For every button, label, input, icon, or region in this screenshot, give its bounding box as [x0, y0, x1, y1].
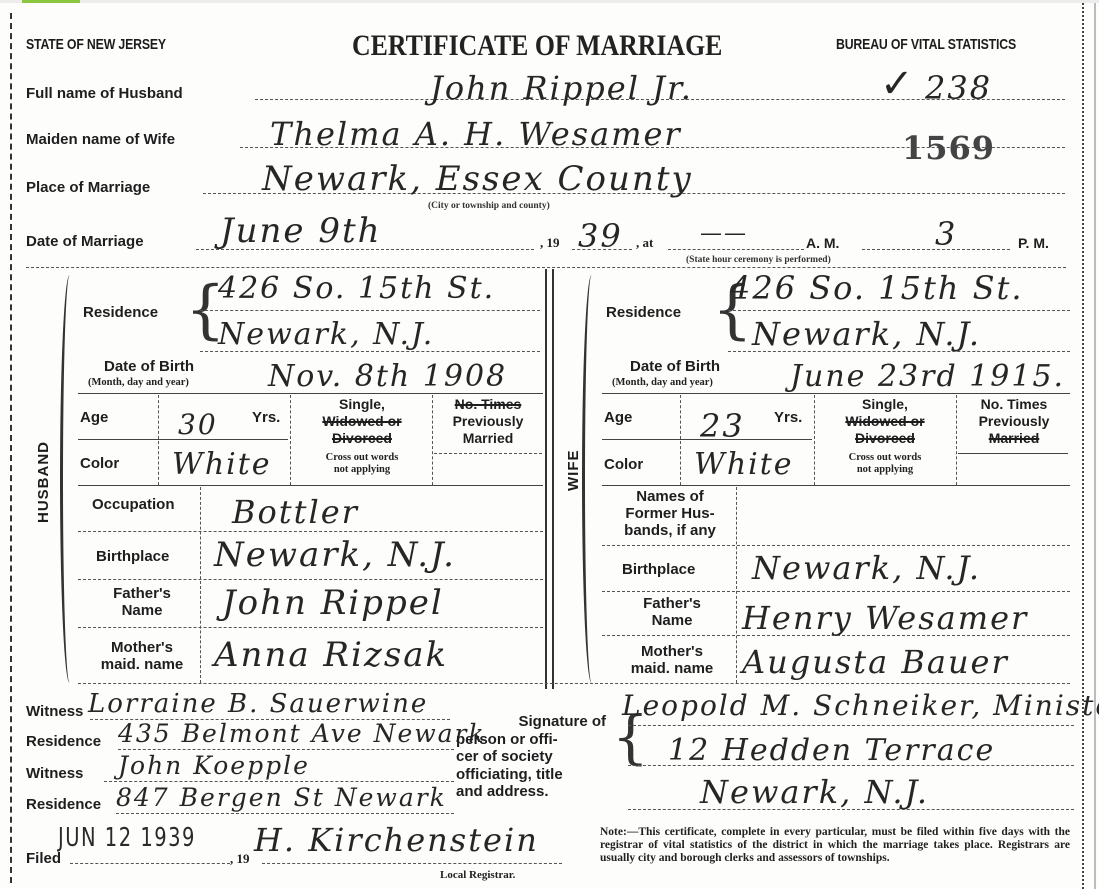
husband-birthplace-value: Newark, N.J. [214, 535, 456, 575]
wife-name-value: Thelma A. H. Wesamer [270, 115, 682, 153]
cross-out-hint-line1: Cross out words [816, 452, 954, 464]
father-label-line1: Father's [610, 595, 734, 612]
filing-note: Note:—This certificate, complete in ever… [600, 826, 1070, 865]
wife-dob-value: June 23rd 1915. [790, 359, 1065, 394]
wife-mother-value: Augusta Bauer [742, 643, 1009, 681]
wife-cross-out-hint: Cross out words not applying [816, 452, 954, 476]
former-label-line2: Former Hus- [606, 505, 734, 522]
husband-marital-status: Single, Widowed or Divorced [292, 396, 432, 447]
am-value: —— [700, 221, 748, 246]
husband-times-married: No. Times Previously Married [434, 396, 542, 447]
husband-yrs-label: Yrs. [252, 409, 280, 426]
bureau-heading: BUREAU OF VITAL STATISTICS [836, 36, 1016, 53]
witness2-label: Witness [26, 765, 83, 782]
officiant-label-line4: officiating, title [456, 766, 606, 784]
document-title: CERTIFICATE OF MARRIAGE [352, 29, 722, 63]
year-prefix: , 19 [540, 235, 560, 251]
filed-date-stamp: JUN 12 1939 [58, 823, 196, 853]
stamp-number: 1569 [902, 129, 995, 167]
pm-label: P. M. [1018, 235, 1049, 251]
father-label-line1: Father's [84, 585, 200, 602]
mother-label-line2: maid. name [80, 656, 204, 673]
officiant-line1: Leopold M. Schneiker, Minister [622, 689, 1099, 722]
marriage-certificate-document: STATE OF NEW JERSEY CERTIFICATE OF MARRI… [0, 3, 1099, 889]
husband-father-value: John Rippel [222, 583, 444, 623]
times-line3: Married [958, 430, 1070, 447]
husband-occupation-value: Bottler [232, 493, 359, 531]
place-label: Place of Marriage [26, 179, 150, 196]
left-border [10, 13, 12, 883]
registrar-label: Local Registrar. [440, 869, 515, 881]
year-value: 39 [578, 217, 623, 255]
husband-brace [60, 275, 76, 683]
wife-residence-label: Residence [606, 304, 681, 321]
cross-out-hint-line2: not applying [292, 464, 432, 476]
times-line1: No. Times [434, 396, 542, 413]
residence2-label: Residence [26, 796, 101, 813]
record-number: 238 [925, 69, 992, 107]
times-line1: No. Times [958, 396, 1070, 413]
filed-year-prefix: , 19 [230, 851, 250, 867]
hour-hint: (State hour ceremony is performed) [686, 255, 831, 265]
witness1-label: Witness [26, 703, 83, 720]
wife-dob-hint: (Month, day and year) [612, 377, 713, 388]
wife-residence-line1: 426 So. 15th St. [730, 269, 1024, 307]
pm-value: 3 [935, 215, 957, 253]
husband-color-value: White [172, 447, 272, 482]
husband-age-label: Age [80, 409, 108, 426]
filed-label: Filed [26, 850, 61, 867]
wife-side-label: WIFE [565, 450, 582, 492]
registrar-signature: H. Kirchenstein [254, 821, 539, 859]
status-widowed: Widowed or [816, 413, 954, 430]
wife-dob-label: Date of Birth [630, 358, 720, 375]
husband-mother-label: Mother's maid. name [80, 639, 204, 673]
former-label-line3: bands, if any [606, 522, 734, 539]
wife-former-husbands-label: Names of Former Hus- bands, if any [606, 488, 734, 539]
wife-age-label: Age [604, 409, 632, 426]
husband-residence-line1: 426 So. 15th St. [218, 271, 495, 306]
check-mark-icon: ✓ [880, 61, 916, 107]
residence1-label: Residence [26, 733, 101, 750]
husband-cross-out-hint: Cross out words not applying [292, 452, 432, 476]
mother-label-line1: Mother's [608, 643, 736, 660]
officiant-label-line5: and address. [456, 783, 606, 801]
status-single: Single, [292, 396, 432, 413]
officiant-label-line2: person or offi- [456, 731, 606, 749]
officiant-label-line1: Signature of [456, 713, 606, 731]
husband-residence-label: Residence [83, 304, 158, 321]
officiant-label: Signature of person or offi- cer of soci… [456, 713, 606, 801]
mother-label-line1: Mother's [80, 639, 204, 656]
am-label: A. M. [806, 235, 839, 251]
residence1-value: 435 Belmont Ave Newark [118, 719, 486, 748]
wife-birthplace-label: Birthplace [622, 561, 695, 578]
date-value: June 9th [220, 211, 382, 251]
officiant-line2: 12 Hedden Terrace [668, 733, 995, 768]
wife-father-value: Henry Wesamer [742, 599, 1028, 637]
status-single: Single, [816, 396, 954, 413]
husband-residence-line2: Newark, N.J. [218, 317, 434, 352]
husband-side-label: HUSBAND [35, 441, 52, 523]
husband-dob-value: Nov. 8th 1908 [268, 359, 507, 394]
times-line2: Previously [958, 413, 1070, 430]
wife-residence-line2: Newark, N.J. [752, 315, 981, 353]
cross-out-hint-line1: Cross out words [292, 452, 432, 464]
husband-dob-label: Date of Birth [104, 358, 194, 375]
place-hint: (City or township and county) [428, 201, 550, 211]
former-label-line1: Names of [606, 488, 734, 505]
officiant-label-line3: cer of society [456, 748, 606, 766]
wife-mother-label: Mother's maid. name [608, 643, 736, 677]
wife-birthplace-value: Newark, N.J. [752, 549, 981, 587]
husband-father-label: Father's Name [84, 585, 200, 619]
times-line2: Previously [434, 413, 542, 430]
husband-color-label: Color [80, 455, 119, 472]
status-divorced: Divorced [292, 430, 432, 447]
status-widowed: Widowed or [292, 413, 432, 430]
date-label: Date of Marriage [26, 233, 144, 250]
torn-right-edge [1082, 3, 1085, 889]
father-label-line2: Name [84, 602, 200, 619]
father-label-line2: Name [610, 612, 734, 629]
husband-dob-hint: (Month, day and year) [88, 377, 189, 388]
state-heading: STATE OF NEW JERSEY [26, 36, 166, 53]
wife-marital-status: Single, Widowed or Divorced [816, 396, 954, 447]
mother-label-line2: maid. name [608, 660, 736, 677]
scan-edge [1094, 3, 1096, 889]
husband-occupation-label: Occupation [92, 496, 175, 513]
witness1-value: Lorraine B. Sauerwine [88, 689, 428, 719]
residence2-value: 847 Bergen St Newark [116, 783, 447, 812]
column-divider-inner [552, 269, 554, 689]
wife-color-value: White [694, 447, 794, 482]
husband-name-value: John Rippel Jr. [430, 69, 693, 107]
status-divorced: Divorced [816, 430, 954, 447]
wife-times-married: No. Times Previously Married [958, 396, 1070, 447]
husband-name-label: Full name of Husband [26, 85, 183, 102]
wife-yrs-label: Yrs. [774, 409, 802, 426]
at-label: , at [636, 235, 653, 251]
column-divider [545, 269, 547, 689]
husband-birthplace-label: Birthplace [96, 548, 169, 565]
cross-out-hint-line2: not applying [816, 464, 954, 476]
husband-age-value: 30 [178, 408, 218, 441]
wife-name-label: Maiden name of Wife [26, 131, 175, 148]
husband-mother-value: Anna Rizsak [214, 635, 448, 675]
wife-color-label: Color [604, 456, 643, 473]
wife-brace [582, 275, 598, 683]
officiant-line3: Newark, N.J. [700, 773, 929, 811]
times-line3: Married [434, 430, 542, 447]
wife-father-label: Father's Name [610, 595, 734, 629]
place-value: Newark, Essex County [262, 159, 693, 199]
witness2-value: John Koepple [118, 751, 310, 780]
